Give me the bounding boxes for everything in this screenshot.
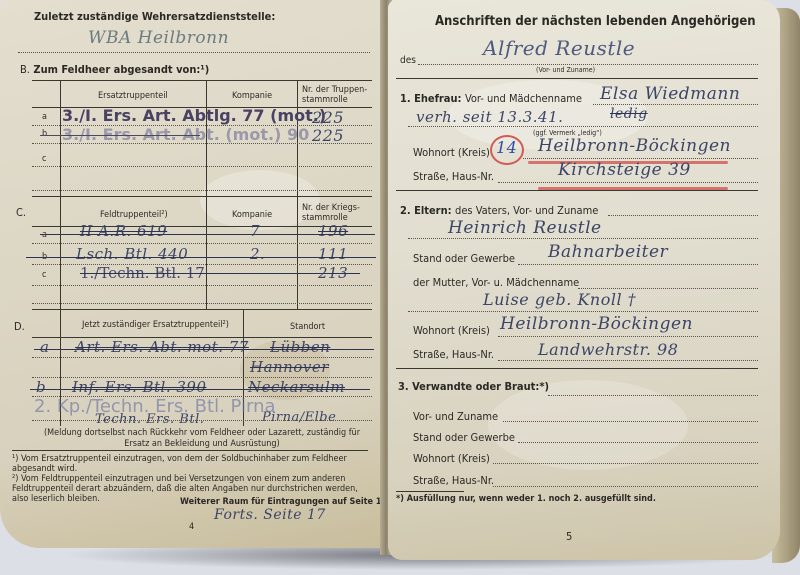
right-page: Anschriften der nächsten lebenden Angehö… xyxy=(388,0,780,560)
footnote-rule xyxy=(12,450,368,451)
parents-street-label: Straße, Haus-Nr. xyxy=(413,348,494,361)
row-d-c-location: Pirna/Elbe xyxy=(262,410,336,425)
row-label: b xyxy=(36,378,46,396)
row-c-a-company: 7 xyxy=(250,222,260,240)
father-occupation-label: Stand oder Gewerbe xyxy=(413,252,515,265)
relative-residence-label: Wohnort (Kreis) xyxy=(413,452,490,465)
row-d-b-location: Neckarsulm xyxy=(248,378,345,396)
dotted-line xyxy=(578,288,758,289)
relative-occupation-label: Stand oder Gewerbe xyxy=(413,431,515,444)
dotted-line xyxy=(503,421,758,422)
col-header-stammrolle: Nr. der Truppen-stammrolle xyxy=(302,85,370,105)
row-d-b-unit: Inf. Ers. Btl. 390 xyxy=(72,378,207,396)
section-1-heading: 1. Ehefrau: Vor- und Mädchenname xyxy=(400,92,582,105)
dotted-line xyxy=(493,463,758,464)
row-c-a-roll: 196 xyxy=(318,222,348,240)
strike-line xyxy=(80,273,360,274)
section-c-letter: C. xyxy=(16,206,26,219)
page-number-right: 5 xyxy=(566,530,572,543)
section-3-heading: 3. Verwandte oder Braut:*) xyxy=(398,380,549,393)
row-d-a-location: Lübben xyxy=(270,338,330,356)
row-label: a xyxy=(42,112,47,122)
section-b-heading: B. Zum Feldheer abgesandt von:¹) xyxy=(20,63,209,76)
strike-line xyxy=(40,234,375,235)
col-header-kompanie: Kompanie xyxy=(232,91,272,101)
strike-line xyxy=(40,135,200,136)
owner-label: des xyxy=(400,55,416,66)
col-header-kompanie: Kompanie xyxy=(232,210,272,220)
dotted-line xyxy=(32,420,372,421)
dotted-line xyxy=(493,486,758,487)
dotted-line xyxy=(32,285,372,286)
table-rule xyxy=(32,80,372,81)
dotted-line xyxy=(32,166,372,167)
dotted-line xyxy=(408,311,758,312)
status-value: ledig xyxy=(610,106,648,122)
wife-name: Elsa Wiedmann xyxy=(600,84,740,104)
father-name: Heinrich Reustle xyxy=(448,218,602,238)
dotted-line xyxy=(418,64,758,65)
section-rule xyxy=(396,368,758,369)
row-label: a xyxy=(42,230,47,240)
mother-label: der Mutter, Vor- u. Mädchenname xyxy=(413,276,579,289)
table-divider xyxy=(60,81,61,309)
table-rule xyxy=(32,309,372,310)
row-c-b-roll: 111 xyxy=(318,245,348,263)
parents-residence-label: Wohnort (Kreis) xyxy=(413,324,490,337)
owner-caption: (Vor- und Zuname) xyxy=(536,66,595,74)
parents-residence-value: Heilbronn-Böckingen xyxy=(500,314,693,334)
dotted-line xyxy=(408,126,758,127)
row-c-a-unit: II A.R. 619 xyxy=(80,222,167,240)
owner-name: Alfred Reustle xyxy=(483,36,635,60)
paper-stain xyxy=(488,380,688,470)
row-label: c xyxy=(42,154,46,164)
wife-residence-value: Heilbronn-Böckingen xyxy=(538,136,731,156)
dotted-line xyxy=(18,52,370,53)
dotted-line xyxy=(523,158,758,159)
more-space-note: Weiterer Raum für Eintragungen auf Seite… xyxy=(180,497,390,507)
footnote-1: ¹) Vom Ersatztruppenteil einzutragen, vo… xyxy=(12,454,368,474)
dotted-line xyxy=(32,303,372,304)
row-label: b xyxy=(42,129,47,139)
continuation-note: Forts. Seite 17 xyxy=(214,507,326,523)
strike-line xyxy=(34,349,374,350)
col-header-ersatztruppenteil: Ersatztruppenteil xyxy=(98,91,168,101)
mother-name: Luise geb. Knoll † xyxy=(483,290,636,309)
wife-street-label: Straße, Haus-Nr. xyxy=(413,170,494,183)
dotted-line xyxy=(32,190,372,191)
left-page: Zuletzt zuständige Wehrersatzdienststell… xyxy=(0,0,386,548)
section-2-heading: 2. Eltern: des Vaters, Vor- und Zuname xyxy=(400,204,598,217)
row-c-b-company: 2. xyxy=(250,245,265,263)
row-b-a-unit: 3./I. Ers. Art. Abtlg. 77 (mot.) xyxy=(62,106,326,125)
section-d-letter: D. xyxy=(14,320,25,333)
dotted-line xyxy=(32,143,372,144)
page-number-left: 4 xyxy=(189,522,194,532)
row-label: c xyxy=(42,270,46,280)
wife-street-value: Kirchsteige 39 xyxy=(558,160,691,180)
dotted-line xyxy=(548,395,758,396)
col-header-kriegsstammrolle: Nr. der Kriegs-stammrolle xyxy=(302,203,370,223)
dotted-line xyxy=(498,360,758,361)
page-title: Anschriften der nächsten lebenden Angehö… xyxy=(435,14,756,29)
dotted-line xyxy=(608,215,758,216)
relative-name-label: Vor- und Zuname xyxy=(413,410,498,423)
relative-street-label: Straße, Haus-Nr. xyxy=(413,474,494,487)
section-a-heading: Zuletzt zuständige Wehrersatzdienststell… xyxy=(34,10,275,23)
strike-line xyxy=(26,257,376,258)
marriage-note: verh. seit 13.3.41. xyxy=(416,108,563,126)
parents-street-value: Landwehrstr. 98 xyxy=(538,340,678,359)
row-c-b-unit: Lsch. Btl. 440 xyxy=(76,245,188,263)
table-rule xyxy=(32,196,372,197)
section-rule xyxy=(396,190,758,191)
col-header-standort: Standort xyxy=(290,322,325,332)
strike-line xyxy=(30,389,370,390)
father-occupation-value: Bahnarbeiter xyxy=(548,242,668,262)
dotted-line xyxy=(32,243,372,244)
dotted-line xyxy=(498,336,758,337)
section-d-note: (Meldung dortselbst nach Rückkehr vom Fe… xyxy=(32,428,372,450)
dotted-line xyxy=(498,182,758,183)
dotted-line xyxy=(518,264,758,265)
footnote-rule xyxy=(396,491,464,492)
dotted-line xyxy=(593,104,758,105)
dotted-line xyxy=(518,442,758,443)
row-label: a xyxy=(40,338,49,356)
dotted-line xyxy=(408,238,758,239)
col-header-feldtruppenteil: Feldtruppenteil²) xyxy=(100,210,168,220)
row-d-a-unit: Art. Ers. Abt. mot. 77 xyxy=(75,338,249,356)
district-number: 14 xyxy=(496,138,517,157)
wife-residence-label: Wohnort (Kreis) xyxy=(413,146,490,159)
section-3-footnote: *) Ausfüllung nur, wenn weder 1. noch 2.… xyxy=(396,494,656,504)
section-rule xyxy=(396,78,758,79)
col-header-jetzt-ersatztruppenteil: Jetzt zuständiger Ersatztruppenteil²) xyxy=(82,320,229,330)
row-d-a2-location: Hannover xyxy=(250,358,329,376)
section-a-value: WBA Heilbronn xyxy=(88,28,229,48)
